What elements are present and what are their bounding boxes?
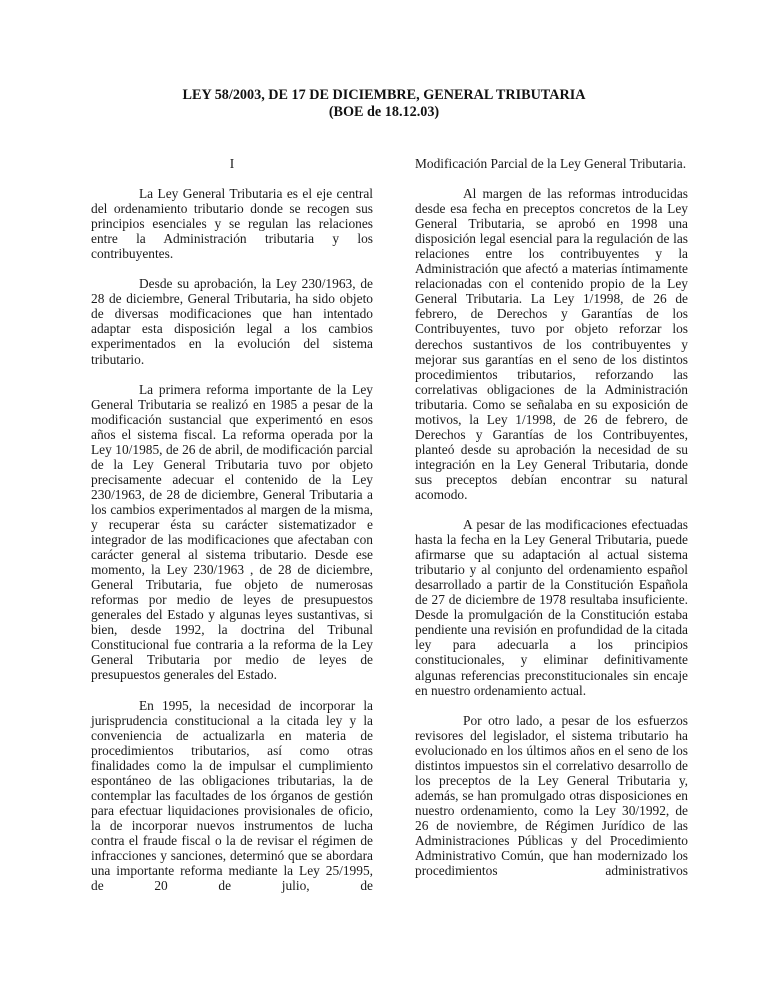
paragraph-continuation: Modificación Parcial de la Ley General T…: [415, 156, 688, 171]
left-column: I La Ley General Tributaria es el eje ce…: [91, 156, 373, 908]
paragraph: Desde su aprobación, la Ley 230/1963, de…: [91, 276, 373, 366]
paragraph: Al margen de las reformas introducidas d…: [415, 186, 688, 502]
paragraph: A pesar de las modificaciones efectuadas…: [415, 517, 688, 698]
paragraph: En 1995, la necesidad de incorporar la j…: [91, 698, 373, 894]
paragraph: Por otro lado, a pesar de los esfuerzos …: [415, 713, 688, 879]
section-number: I: [91, 156, 373, 171]
paragraph: La primera reforma importante de la Ley …: [91, 382, 373, 683]
right-column: Modificación Parcial de la Ley General T…: [415, 156, 688, 893]
document-subtitle: (BOE de 18.12.03): [0, 104, 768, 121]
document-page: LEY 58/2003, DE 17 DE DICIEMBRE, GENERAL…: [0, 0, 768, 994]
paragraph: La Ley General Tributaria es el eje cent…: [91, 186, 373, 261]
document-header: LEY 58/2003, DE 17 DE DICIEMBRE, GENERAL…: [0, 87, 768, 121]
document-title: LEY 58/2003, DE 17 DE DICIEMBRE, GENERAL…: [0, 87, 768, 104]
